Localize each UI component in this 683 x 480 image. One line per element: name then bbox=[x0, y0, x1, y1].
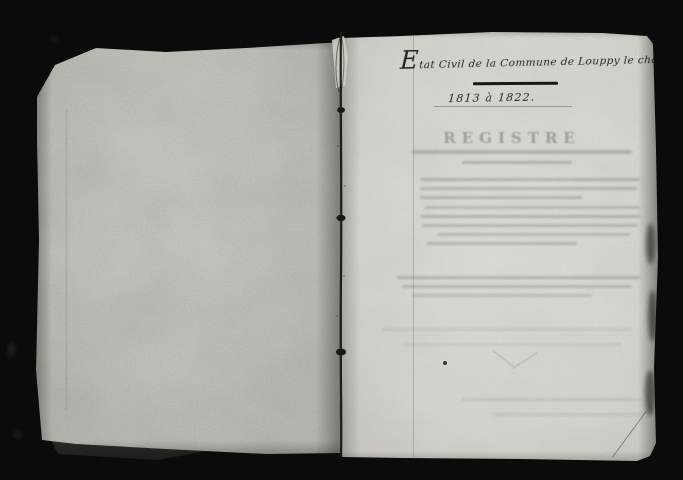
bleedthrough-line bbox=[420, 178, 640, 181]
bleedthrough-line bbox=[422, 224, 638, 227]
book-spine-stitching bbox=[328, 26, 352, 464]
paper-texture bbox=[36, 40, 342, 455]
bleedthrough-line bbox=[462, 161, 572, 164]
stitch-knot bbox=[337, 107, 345, 113]
bleedthrough-line bbox=[492, 413, 642, 416]
ink-spot bbox=[443, 361, 447, 365]
bleedthrough-line bbox=[462, 398, 642, 401]
stitch-knot bbox=[336, 349, 346, 356]
page-stack-edge bbox=[646, 223, 655, 265]
bleedthrough-line bbox=[402, 343, 622, 346]
right-page: Etat Civil de la Commune de Louppy le ch… bbox=[342, 28, 658, 463]
bleedthrough-line bbox=[420, 196, 582, 199]
left-page bbox=[36, 40, 342, 455]
bleedthrough-line bbox=[382, 328, 632, 331]
page-fold-line bbox=[66, 110, 67, 410]
bleedthrough-line bbox=[397, 276, 640, 279]
scan-smudge bbox=[8, 342, 15, 358]
stitch-knot bbox=[337, 215, 346, 221]
bleedthrough-line bbox=[412, 150, 632, 154]
bleedthrough-text-block bbox=[342, 28, 658, 463]
scan-smudge bbox=[12, 430, 23, 439]
bleedthrough-line bbox=[437, 233, 630, 236]
page-edge-shading bbox=[36, 40, 342, 455]
bleedthrough-line bbox=[420, 187, 637, 190]
bleedthrough-line bbox=[427, 242, 577, 245]
scanned-book-spread: Etat Civil de la Commune de Louppy le ch… bbox=[0, 0, 683, 480]
page-stack-edge bbox=[645, 370, 655, 416]
bleedthrough-line bbox=[420, 215, 640, 218]
bleedthrough-line bbox=[412, 294, 592, 297]
bleedthrough-line bbox=[402, 285, 632, 288]
bleedthrough-line bbox=[424, 206, 640, 209]
page-stack-edge bbox=[648, 290, 657, 342]
scan-smudge bbox=[50, 36, 58, 42]
